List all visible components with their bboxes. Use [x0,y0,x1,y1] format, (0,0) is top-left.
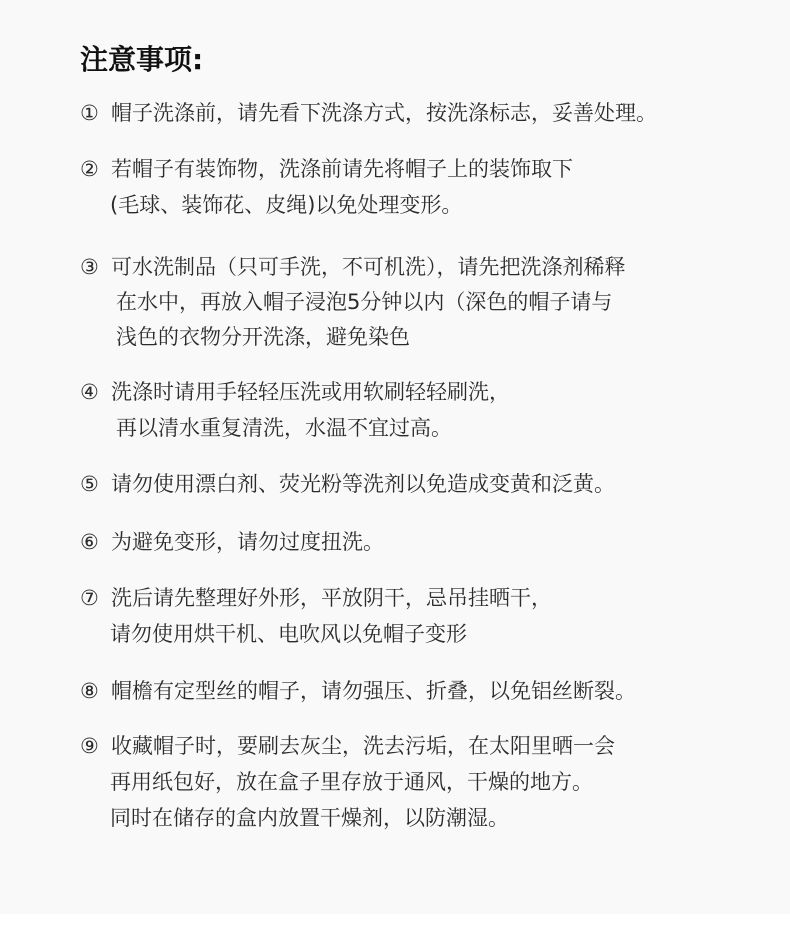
item-marker: ① [80,98,111,128]
list-item-3-continuation: 浅色的衣物分开洗涤，避免染色 [116,322,410,352]
list-item-2: ②若帽子有装饰物，洗涤前请先将帽子上的装饰取下 [80,154,573,184]
item-marker: ⑦ [80,583,111,613]
list-item-5: ⑤请勿使用漂白剂、荧光粉等洗剂以免造成变黄和泛黄。 [80,469,615,499]
item-marker: ⑤ [80,469,111,499]
list-item-4: ④洗涤时请用手轻轻压洗或用软刷轻轻刷洗， [80,377,510,407]
list-item-2-continuation: (毛球、装饰花、皮绳)以免处理变形。 [110,190,462,220]
list-item-3: ③可水洗制品（只可手洗，不可机洗），请先把洗涤剂稀释 [80,252,626,282]
item-text: 洗后请先整理好外形，平放阴干，忌吊挂晒干， [111,586,552,610]
item-marker: ⑨ [80,731,111,761]
item-text: 洗涤时请用手轻轻压洗或用软刷轻轻刷洗， [111,380,510,404]
list-item-3-continuation: 在水中，再放入帽子浸泡5分钟以内（深色的帽子请与 [116,287,612,317]
item-text: 收藏帽子时，要刷去灰尘，洗去污垢，在太阳里晒一会 [111,734,615,758]
list-item-8: ⑧帽檐有定型丝的帽子，请勿强压、折叠，以免铝丝断裂。 [80,676,636,706]
list-item-6: ⑥为避免变形，请勿过度扭洗。 [80,527,384,557]
list-item-9-continuation: 再用纸包好，放在盒子里存放于通风，干燥的地方。 [110,767,593,797]
item-marker: ② [80,154,111,184]
list-item-7: ⑦洗后请先整理好外形，平放阴干，忌吊挂晒干， [80,583,552,613]
item-text: 请勿使用漂白剂、荧光粉等洗剂以免造成变黄和泛黄。 [111,472,615,496]
list-item-9-continuation: 同时在储存的盒内放置干燥剂，以防潮湿。 [110,803,509,833]
care-instructions-panel: 注意事项: ①帽子洗涤前，请先看下洗涤方式，按洗涤标志，妥善处理。 ②若帽子有装… [0,0,790,914]
item-text: 帽子洗涤前，请先看下洗涤方式，按洗涤标志，妥善处理。 [111,101,657,125]
item-marker: ⑥ [80,527,111,557]
list-item-4-continuation: 再以清水重复清洗，水温不宜过高。 [116,413,452,443]
item-text: 为避免变形，请勿过度扭洗。 [111,530,384,554]
item-marker: ⑧ [80,676,111,706]
list-item-1: ①帽子洗涤前，请先看下洗涤方式，按洗涤标志，妥善处理。 [80,98,657,128]
list-item-7-continuation: 请勿使用烘干机、电吹风以免帽子变形 [110,619,467,649]
list-item-9: ⑨收藏帽子时，要刷去灰尘，洗去污垢，在太阳里晒一会 [80,731,615,761]
item-marker: ④ [80,377,111,407]
item-text: 若帽子有装饰物，洗涤前请先将帽子上的装饰取下 [111,157,573,181]
page-title: 注意事项: [80,40,203,80]
item-text: 可水洗制品（只可手洗，不可机洗），请先把洗涤剂稀释 [111,255,626,279]
item-marker: ③ [80,252,111,282]
item-text: 帽檐有定型丝的帽子，请勿强压、折叠，以免铝丝断裂。 [111,679,636,703]
